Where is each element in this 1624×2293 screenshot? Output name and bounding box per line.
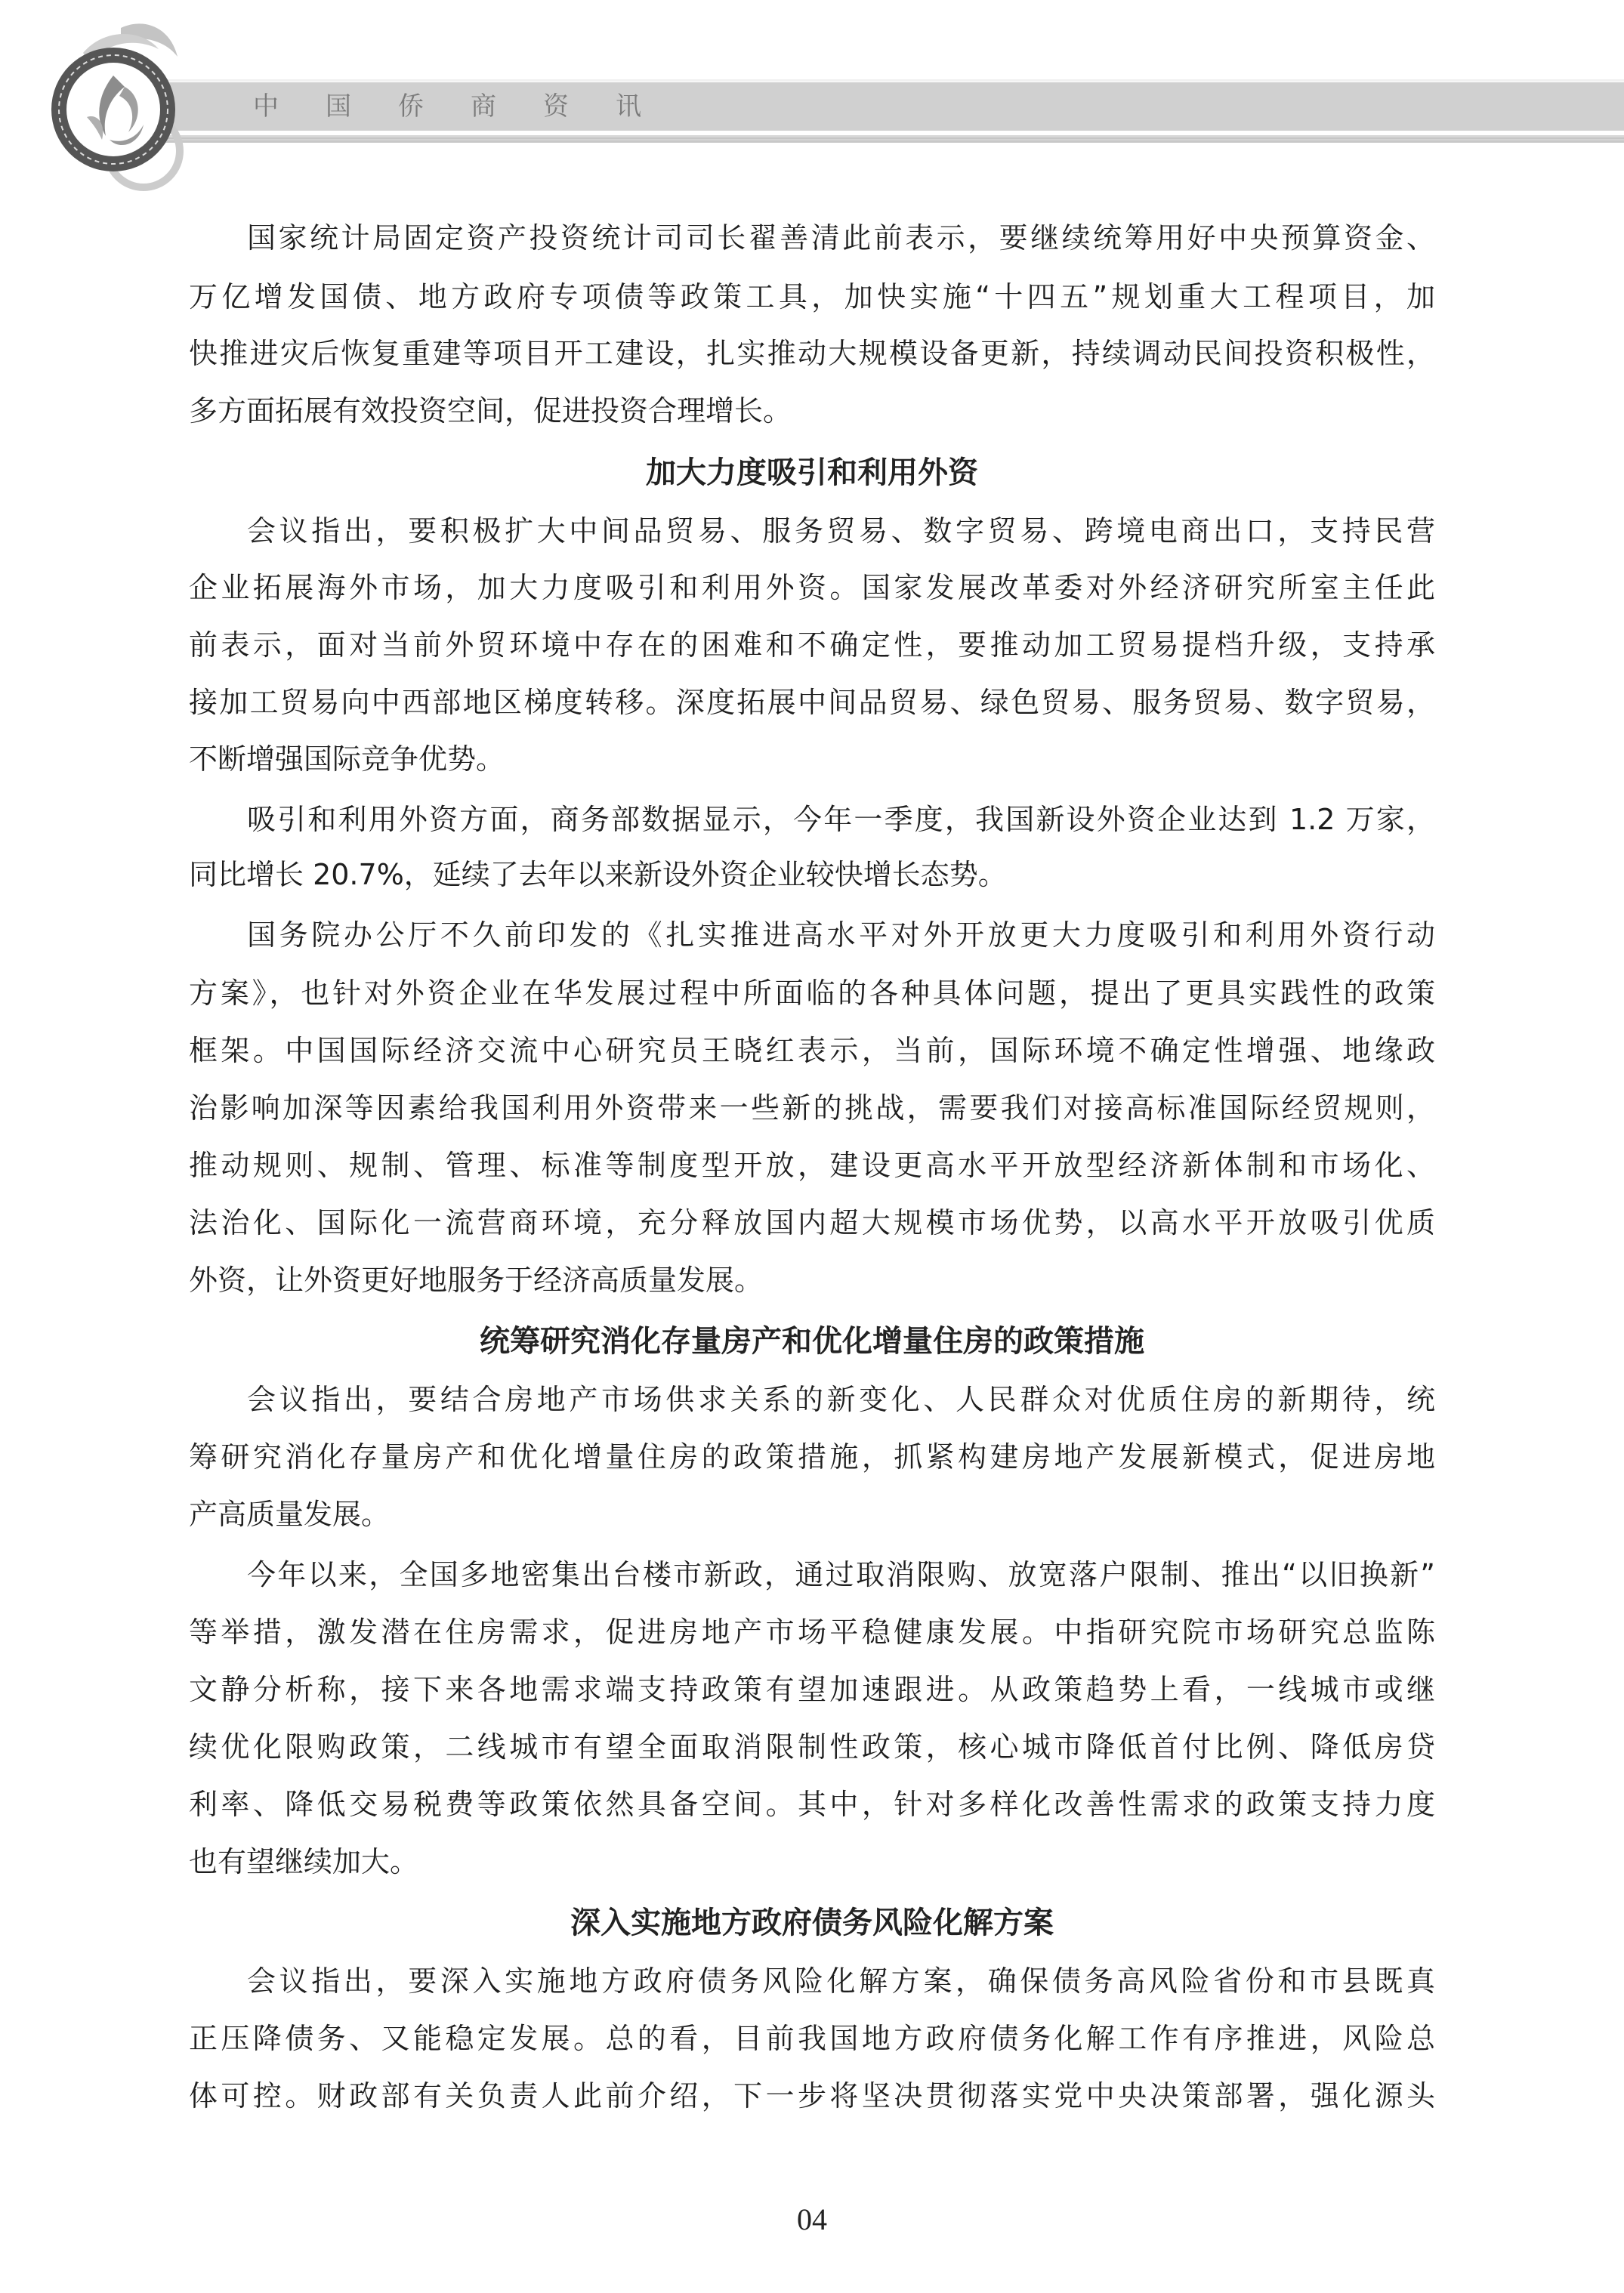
paragraph-line: 企业拓展海外市场，加大力度吸引和利用外资。国家发展改革委对外经济研究所室主任此 [189, 569, 1435, 606]
paragraph-first-line: 国务院办公厅不久前印发的《扎实推进高水平对外开放更大力度吸引和利用外资行动 [247, 916, 1435, 954]
paragraph-line: 外资，让外资更好地服务于经济高质量发展。 [189, 1261, 1435, 1299]
paragraph-line: 筹研究消化存量房产和优化增量住房的政策措施，抓紧构建房地产发展新模式，促进房地 [189, 1438, 1435, 1476]
paragraph-first-line: 会议指出，要积极扩大中间品贸易、服务贸易、数字贸易、跨境电商出口，支持民营 [247, 512, 1435, 550]
paragraph-line: 等举措，激发潜在住房需求，促进房地产市场平稳健康发展。中指研究院市场研究总监陈 [189, 1613, 1435, 1651]
paragraph-line: 框架。中国国际经济交流中心研究员王晓红表示，当前，国际环境不确定性增强、地缘政 [189, 1032, 1435, 1069]
organization-seal-icon [30, 11, 211, 193]
paragraph-line: 续优化限购政策，二线城市有望全面取消限制性政策，核心城市降低首付比例、降低房贷 [189, 1728, 1435, 1766]
paragraph-line: 法治化、国际化一流营商环境，充分释放国内超大规模市场优势，以高水平开放吸引优质 [189, 1204, 1435, 1242]
section-heading: 加大力度吸引和利用外资 [189, 453, 1435, 492]
paragraph-line: 多方面拓展有效投资空间，促进投资合理增长。 [189, 392, 1435, 430]
paragraph-line: 治影响加深等因素给我国利用外资带来一些新的挑战，需要我们对接高标准国际经贸规则， [189, 1089, 1435, 1127]
page-number: 04 [0, 2202, 1624, 2237]
paragraph-first-line: 会议指出，要深入实施地方政府债务风险化解方案，确保债务高风险省份和市县既真 [247, 1962, 1435, 2000]
paragraph-line: 万亿增发国债、地方政府专项债等政策工具，加快实施“十四五”规划重大工程项目，加 [189, 278, 1435, 316]
publication-title: 中国侨商资讯 [253, 88, 688, 125]
paragraph-first-line: 吸引和利用外资方面，商务部数据显示，今年一季度，我国新设外资企业达到 1.2 万… [247, 801, 1435, 838]
paragraph-line: 同比增长 20.7%，延续了去年以来新设外资企业较快增长态势。 [189, 856, 1435, 893]
paragraph-line: 体可控。财政部有关负责人此前介绍，下一步将坚决贯彻落实党中央决策部署，强化源头 [189, 2077, 1435, 2115]
section-heading: 深入实施地方政府债务风险化解方案 [189, 1903, 1435, 1943]
section-heading: 统筹研究消化存量房产和优化增量住房的政策措施 [189, 1322, 1435, 1361]
paragraph-line: 不断增强国际竞争优势。 [189, 740, 1435, 778]
header-stripe [113, 135, 1624, 143]
paragraph-first-line: 国家统计局固定资产投资统计司司长翟善清此前表示，要继续统筹用好中央预算资金、 [247, 219, 1435, 257]
paragraph-line: 前表示，面对当前外贸环境中存在的困难和不确定性，要推动加工贸易提档升级，支持承 [189, 626, 1435, 664]
paragraph-line: 接加工贸易向中西部地区梯度转移。深度拓展中间品贸易、绿色贸易、服务贸易、数字贸易… [189, 684, 1435, 721]
paragraph-line: 方案》，也针对外资企业在华发展过程中所面临的各种具体问题，提出了更具实践性的政策 [189, 974, 1435, 1012]
paragraph-line: 快推进灾后恢复重建等项目开工建设，扎实推动大规模设备更新，持续调动民间投资积极性… [189, 335, 1435, 372]
paragraph-line: 文静分析称，接下来各地需求端支持政策有望加速跟进。从政策趋势上看，一线城市或继 [189, 1671, 1435, 1708]
paragraph-first-line: 今年以来，全国多地密集出台楼市新政，通过取消限购、放宽落户限制、推出“以旧换新” [247, 1556, 1435, 1594]
paragraph-first-line: 会议指出，要结合房地产市场供求关系的新变化、人民群众对优质住房的新期待，统 [247, 1381, 1435, 1418]
paragraph-line: 正压降债务、又能稳定发展。总的看，目前我国地方政府债务化解工作有序推进，风险总 [189, 2020, 1435, 2057]
paragraph-line: 产高质量发展。 [189, 1495, 1435, 1533]
paragraph-line: 利率、降低交易税费等政策依然具备空间。其中，针对多样化改善性需求的政策支持力度 [189, 1785, 1435, 1823]
paragraph-line: 也有望继续加大。 [189, 1843, 1435, 1881]
header-band-highlight [113, 79, 1624, 82]
paragraph-line: 推动规则、规制、管理、标准等制度型开放，建设更高水平开放型经济新体制和市场化、 [189, 1146, 1435, 1184]
